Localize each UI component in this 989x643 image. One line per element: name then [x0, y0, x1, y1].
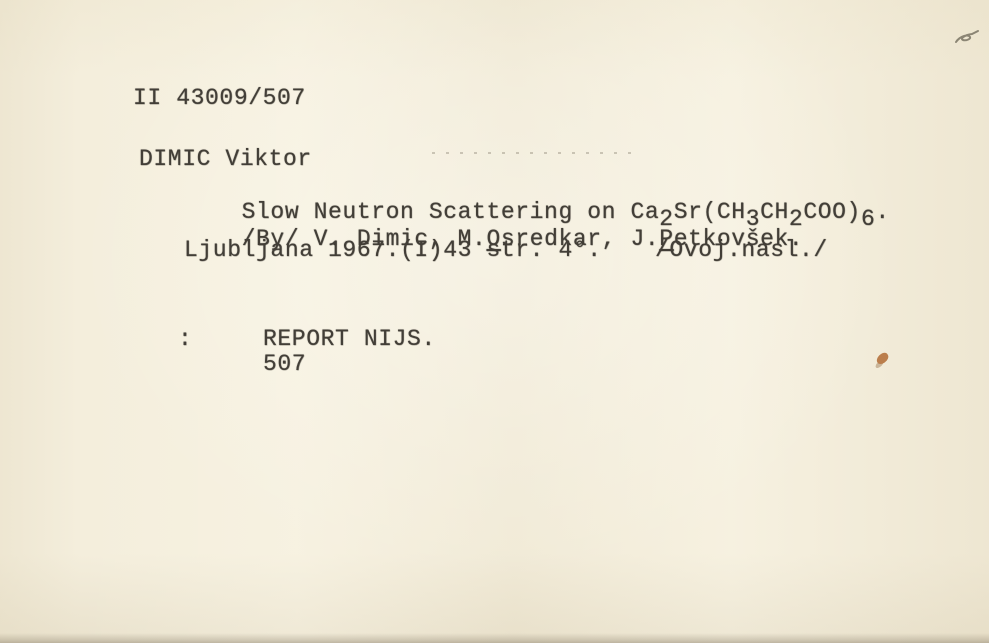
- pencil-checkmark-icon: [948, 28, 984, 60]
- author-heading: DIMIC Viktor: [139, 146, 312, 172]
- bottom-edge-shadow: [0, 633, 989, 643]
- title-subscript: 6: [861, 206, 875, 232]
- rust-stain: [875, 351, 891, 366]
- title-text: COO): [803, 199, 861, 225]
- series-name: REPORT NIJS.: [263, 326, 436, 352]
- catalog-card: II 43009/507 DIMIC Viktor Slow Neutron S…: [0, 0, 989, 643]
- imprint-main: Ljubljana 1967.(I)43 str. 4°.: [184, 237, 602, 263]
- title-text: .: [875, 199, 889, 225]
- series-number: 507: [263, 351, 306, 377]
- imprint-note: /Ovoj.nasl./: [655, 237, 828, 263]
- call-number: II 43009/507: [133, 85, 306, 111]
- series-separator: :: [178, 326, 192, 352]
- scan-scratch-artifact: [432, 152, 642, 154]
